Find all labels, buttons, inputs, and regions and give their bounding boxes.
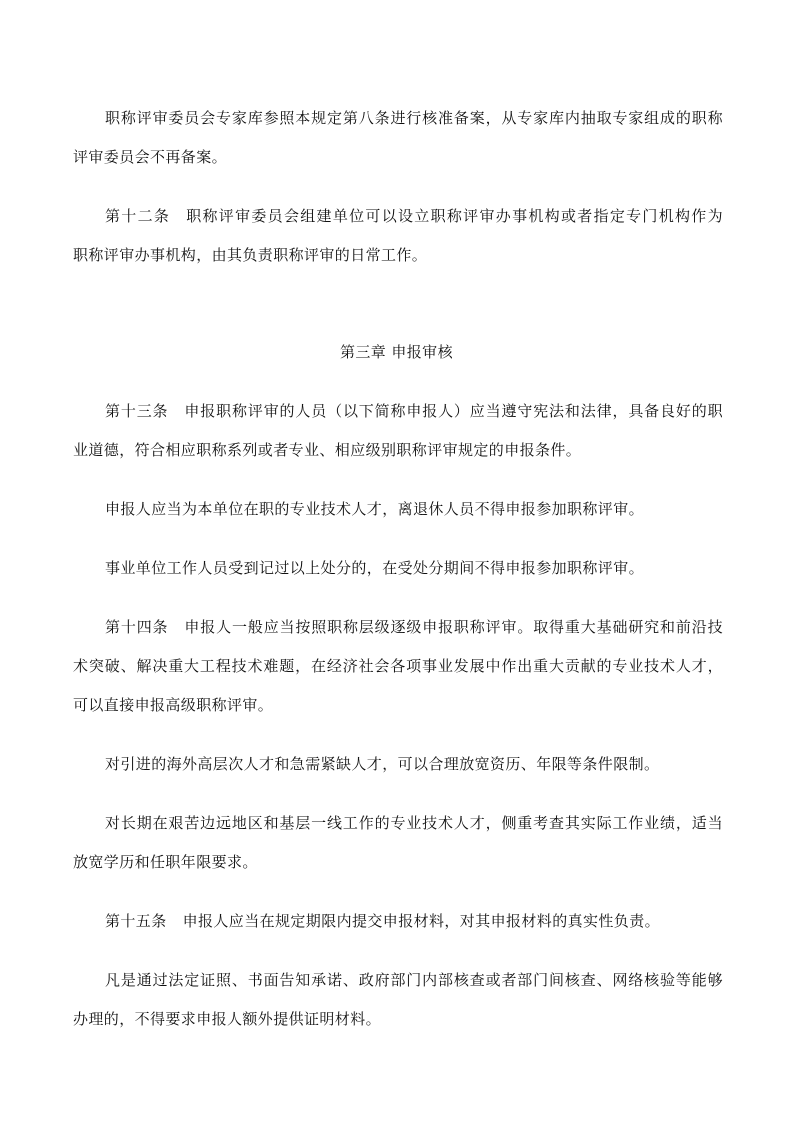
article-text: 申报人应当在规定期限内提交申报材料，对其申报材料的真实性负责。	[183, 912, 660, 930]
paragraph-line: 办理的，不得要求申报人额外提供证明材料。	[73, 1009, 723, 1029]
paragraph-line: 放宽学历和任职年限要求。	[73, 852, 723, 872]
article-text: 申报人一般应当按照职称层级逐级申报职称评审。取得重大基础研究和前沿技	[184, 618, 723, 636]
article-13-line: 第十三条申报职称评审的人员（以下简称申报人）应当遵守宪法和法律，具备良好的职	[105, 401, 723, 421]
paragraph-line: 事业单位工作人员受到记过以上处分的，在受处分期间不得申报参加职称评审。	[105, 558, 723, 578]
paragraph-line: 申报人应当为本单位在职的专业技术人才，离退休人员不得申报参加职称评审。	[105, 499, 723, 519]
article-number: 第十二条	[105, 207, 170, 225]
paragraph-line: 对长期在艰苦边远地区和基层一线工作的专业技术人才，侧重考查其实际工作业绩，适当	[105, 813, 723, 833]
chapter-heading: 第三章 申报审核	[0, 342, 793, 362]
paragraph-line: 对引进的海外高层次人才和急需紧缺人才，可以合理放宽资历、年限等条件限制。	[105, 754, 723, 774]
paragraph-line: 凡是通过法定证照、书面告知承诺、政府部门内部核查或者部门间核查、网络核验等能够	[105, 970, 723, 990]
paragraph-line: 评审委员会不再备案。	[73, 147, 723, 167]
article-text: 职称评审委员会组建单位可以设立职称评审办事机构或者指定专门机构作为	[186, 207, 723, 225]
paragraph-line: 职称评审办事机构，由其负责职称评审的日常工作。	[73, 245, 723, 265]
article-14-line: 第十四条申报人一般应当按照职称层级逐级申报职称评审。取得重大基础研究和前沿技	[105, 617, 723, 637]
article-number: 第十五条	[105, 912, 167, 930]
article-text: 申报职称评审的人员（以下简称申报人）应当遵守宪法和法律，具备良好的职	[184, 402, 723, 420]
article-number: 第十四条	[105, 618, 168, 636]
article-15-line: 第十五条申报人应当在规定期限内提交申报材料，对其申报材料的真实性负责。	[105, 911, 723, 931]
paragraph-line: 术突破、解决重大工程技术难题，在经济社会各项事业发展中作出重大贡献的专业技术人才…	[73, 656, 723, 676]
article-12-line: 第十二条职称评审委员会组建单位可以设立职称评审办事机构或者指定专门机构作为	[105, 206, 723, 226]
paragraph-line: 职称评审委员会专家库参照本规定第八条进行核准备案，从专家库内抽取专家组成的职称	[105, 108, 723, 128]
article-number: 第十三条	[105, 402, 168, 420]
paragraph-line: 业道德，符合相应职称系列或者专业、相应级别职称评审规定的申报条件。	[73, 440, 723, 460]
document-page: 职称评审委员会专家库参照本规定第八条进行核准备案，从专家库内抽取专家组成的职称 …	[0, 0, 793, 1122]
paragraph-line: 可以直接申报高级职称评审。	[73, 695, 723, 715]
